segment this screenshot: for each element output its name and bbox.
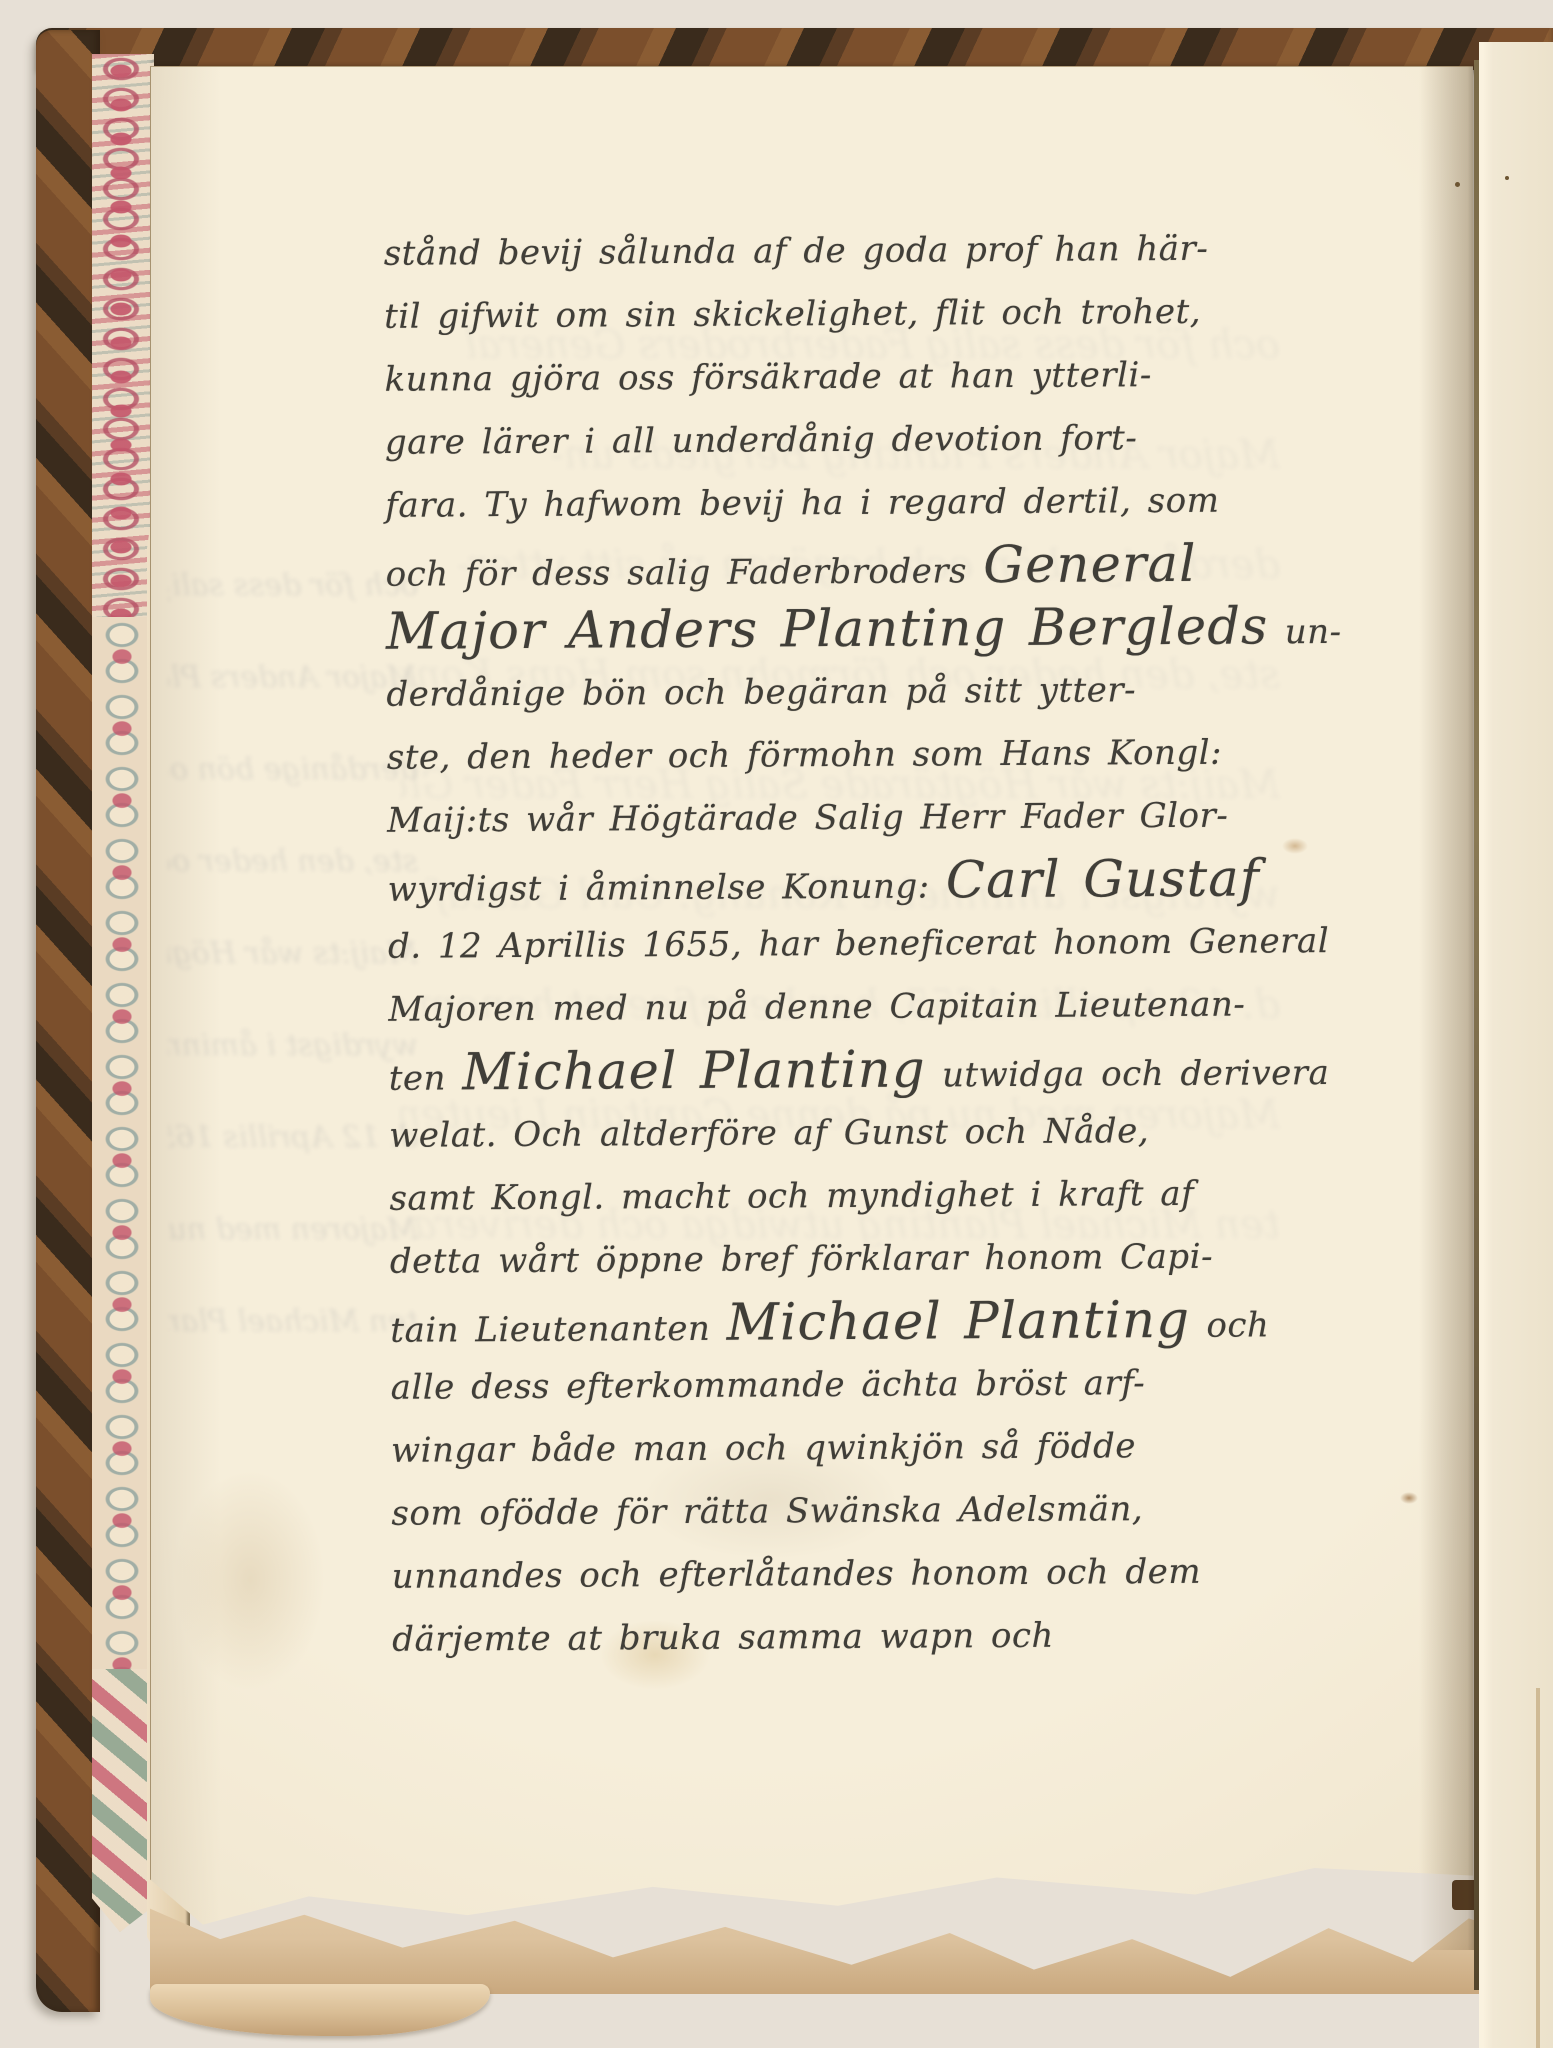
scanned-manuscript-screenshot: { "colors": { "background": "#e7e0d6", "… bbox=[0, 0, 1553, 2048]
handwriting-text: til gifwit om sin skickelighet, flit och… bbox=[384, 292, 1201, 337]
handwriting-text: tain Lieutenanten bbox=[390, 1309, 727, 1351]
manuscript-line: wingar både man och qwinkjön så födde bbox=[391, 1414, 1301, 1483]
manuscript-line: alle dess efterkommande ächta bröst arf- bbox=[391, 1351, 1301, 1420]
manuscript-line: som ofödde för rätta Swänska Adelsmän, bbox=[391, 1477, 1301, 1546]
manuscript-line: derdånige bön och begäran på sitt ytter- bbox=[386, 658, 1296, 727]
manuscript-line: unnandes och efterlåtandes honom och dem bbox=[392, 1540, 1302, 1609]
paper-speck bbox=[1505, 176, 1509, 180]
paper-speck bbox=[1455, 182, 1460, 187]
handwriting-text: Maij:ts wår Högtärade Salig Herr Fader G… bbox=[387, 796, 1228, 841]
manuscript-line: Maij:ts wår Högtärade Salig Herr Fader G… bbox=[387, 784, 1297, 853]
marble-pattern-middle bbox=[92, 617, 154, 1669]
handwriting-text: welat. Och altderföre af Gunst och Nåde, bbox=[389, 1111, 1149, 1156]
handwriting-text: derdånige bön och begäran på sitt ytter- bbox=[386, 670, 1136, 715]
handwriting-text: ten bbox=[389, 1058, 463, 1098]
manuscript-line: därjemte at bruka samma wapn och bbox=[392, 1603, 1302, 1672]
manuscript-line: wyrdigst i åminnelse Konung: Carl Gustaf bbox=[387, 847, 1297, 916]
manuscript-line: samt Kongl. macht och myndighet i kraft … bbox=[389, 1162, 1299, 1231]
manuscript-line: kunna gjöra oss försäkrade at han ytterl… bbox=[384, 343, 1294, 412]
emphasized-name-text: General bbox=[983, 535, 1197, 595]
emphasized-name-text: Major Anders Planting Bergleds bbox=[386, 597, 1269, 661]
marbled-endpaper-strip bbox=[92, 54, 154, 1932]
manuscript-line: Major Anders Planting Bergleds un- bbox=[386, 595, 1296, 664]
manuscript-line: och för dess salig Faderbroders General bbox=[386, 532, 1296, 601]
handwriting-text: wyrdigst i åminnelse Konung: bbox=[388, 866, 947, 909]
handwriting-text: d. 12 Aprillis 1655, har beneficerat hon… bbox=[388, 921, 1329, 967]
handwriting-text: som ofödde för rätta Swänska Adelsmän, bbox=[391, 1489, 1143, 1534]
manuscript-line: ten Michael Planting utwidga och deriver… bbox=[389, 1036, 1299, 1105]
manuscript-line: Majoren med nu på denne Capitain Lieuten… bbox=[388, 973, 1298, 1042]
manuscript-line: tain Lieutenanten Michael Planting och bbox=[390, 1288, 1300, 1357]
handwriting-text: Majoren med nu på denne Capitain Lieuten… bbox=[388, 985, 1245, 1030]
manuscript-line: welat. Och altderföre af Gunst och Nåde, bbox=[389, 1099, 1299, 1168]
leather-cover-top-edge bbox=[36, 28, 1553, 70]
handwriting-text: alle dess efterkommande ächta bröst arf- bbox=[391, 1363, 1146, 1408]
handwriting-text: unnandes och efterlåtandes honom och dem bbox=[392, 1552, 1201, 1597]
leather-cover-left-edge bbox=[36, 30, 100, 2012]
manuscript-line: til gifwit om sin skickelighet, flit och… bbox=[384, 280, 1294, 349]
curled-page-bottom-edge bbox=[150, 1984, 490, 2036]
handwriting-text: fara. Ty hafwom bevij ha i regard dertil… bbox=[385, 481, 1219, 526]
handwriting-text: un- bbox=[1268, 612, 1341, 652]
gutter-shadow bbox=[1420, 66, 1476, 1950]
emphasized-name-text: Michael Planting bbox=[726, 1291, 1190, 1353]
marble-pattern-top bbox=[92, 54, 154, 617]
facing-page-sliver bbox=[1479, 42, 1553, 2048]
emphasized-name-text: Michael Planting bbox=[462, 1040, 926, 1102]
handwriting-text: gare lärer i all underdånig devotion for… bbox=[385, 418, 1138, 463]
handwriting-text: därjemte at bruka samma wapn och bbox=[392, 1616, 1054, 1660]
manuscript-line: stånd bevij sålunda af de goda prof han … bbox=[384, 217, 1294, 286]
handwriting-text: kunna gjöra oss försäkrade at han ytterl… bbox=[384, 355, 1151, 400]
emphasized-name-text: Carl Gustaf bbox=[946, 849, 1260, 910]
manuscript-line: fara. Ty hafwom bevij ha i regard dertil… bbox=[385, 469, 1295, 538]
handwriting-text: wingar både man och qwinkjön så födde bbox=[391, 1426, 1136, 1471]
facing-page-fold-line bbox=[1536, 1688, 1540, 2048]
handwriting-text: samt Kongl. macht och myndighet i kraft … bbox=[389, 1174, 1194, 1219]
manuscript-line: ste, den heder och förmohn som Hans Kong… bbox=[387, 721, 1297, 790]
handwriting-text: och för dess salig Faderbroders bbox=[386, 551, 984, 595]
text-block: stånd bevij sålunda af de goda prof han … bbox=[384, 217, 1303, 1672]
handwriting-text: stånd bevij sålunda af de goda prof han … bbox=[384, 229, 1209, 274]
handwriting-text: och bbox=[1190, 1305, 1269, 1345]
handwriting-text: ste, den heder och förmohn som Hans Kong… bbox=[387, 733, 1222, 778]
marble-pattern-bottom bbox=[92, 1669, 154, 1932]
manuscript-line: d. 12 Aprillis 1655, har beneficerat hon… bbox=[388, 910, 1298, 979]
handwriting-text: detta wårt öppne bref förklarar honom Ca… bbox=[390, 1237, 1213, 1282]
gutter-crease-line bbox=[1474, 60, 1479, 1990]
manuscript-line: gare lärer i all underdånig devotion for… bbox=[385, 406, 1295, 475]
handwriting-text: utwidga och derivera bbox=[926, 1053, 1330, 1095]
manuscript-line: detta wårt öppne bref förklarar honom Ca… bbox=[390, 1225, 1300, 1294]
